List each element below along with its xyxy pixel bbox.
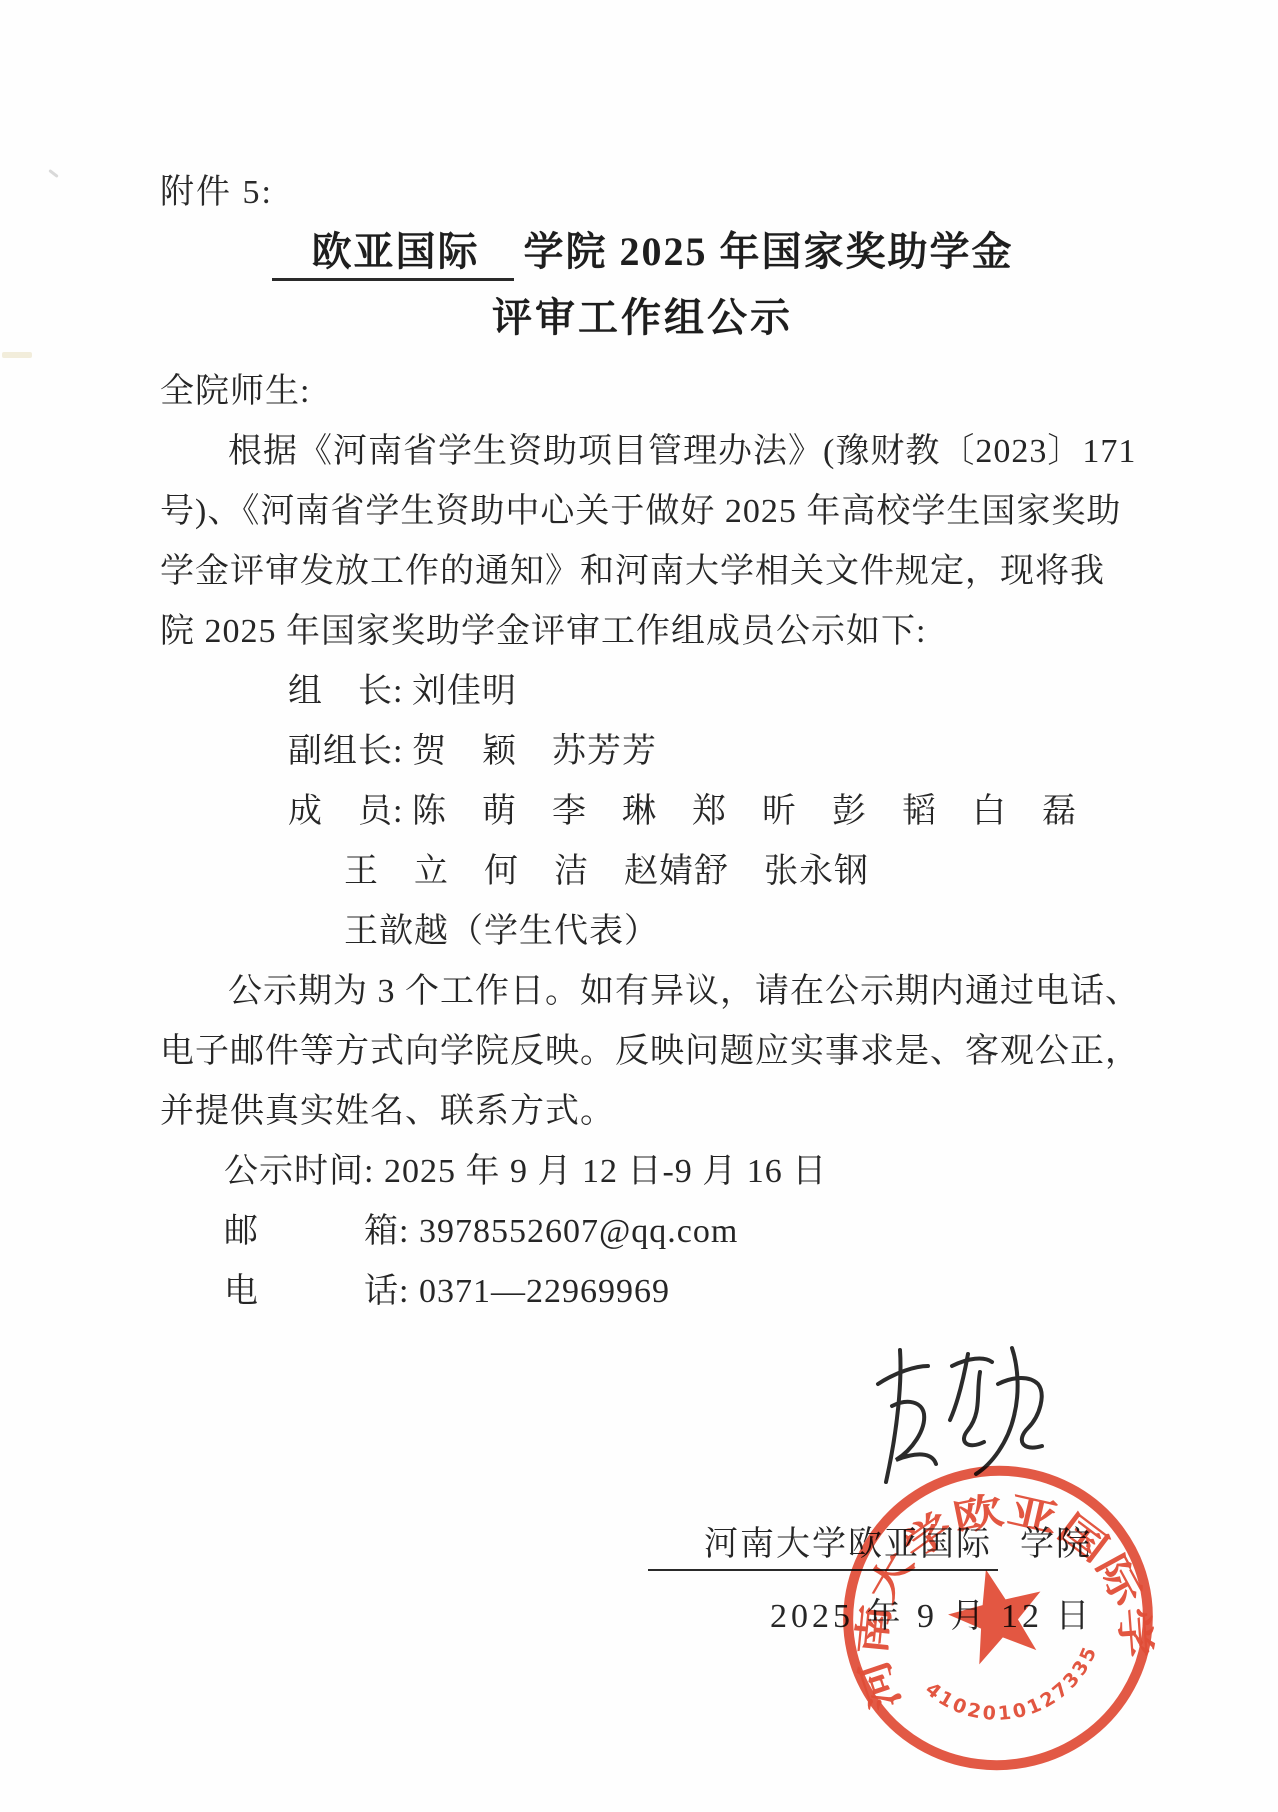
paragraph1-line4: 院 2025 年国家奖助学金评审工作组成员公示如下:: [160, 602, 1125, 662]
seal-code: 4102010127335: [918, 1637, 1114, 1744]
seal-star-icon: [940, 1558, 1054, 1669]
document-body: 全院师生: 根据《河南省学生资助项目管理办法》(豫财教〔2023〕171 号)、…: [160, 362, 1125, 1322]
paragraph1-line3: 学金评审发放工作的通知》和河南大学相关文件规定，现将我: [160, 542, 1125, 602]
paragraph1-line1: 根据《河南省学生资助项目管理办法》(豫财教〔2023〕171: [160, 422, 1125, 482]
roster-leader-names: 刘佳明: [412, 673, 517, 710]
contact-email-line: 邮 箱: 3978552607@qq.com: [160, 1202, 1125, 1262]
roster-member-names-1: 陈 萌 李 琳 郑 昕 彭 韬 白 磊: [412, 793, 1077, 830]
roster-leader-row: 组 长:刘佳明: [160, 662, 1125, 722]
title-rest: 学院 2025 年国家奖助学金: [524, 229, 1014, 274]
attachment-label: 附件 5:: [160, 170, 1125, 216]
roster-members-row2: 王 立 何 洁 赵婧舒 张永钢: [160, 842, 1125, 902]
paragraph2-line1: 公示期为 3 个工作日。如有异议，请在公示期内通过电话、: [160, 962, 1125, 1022]
scan-smudge: [2, 352, 32, 358]
paragraph1-line2: 号)、《河南省学生资助中心关于做好 2025 年高校学生国家奖助: [160, 482, 1125, 542]
document-title-line1: 欧亚国际学院 2025 年国家奖助学金: [160, 222, 1125, 282]
roster-leader-label: 组 长:: [224, 662, 412, 722]
roster-members-row3: 王歆越（学生代表）: [160, 902, 1125, 962]
roster-deputy-label: 副组长:: [224, 722, 412, 782]
svg-text:4102010127335: 4102010127335: [918, 1637, 1114, 1744]
publicity-period-line: 公示时间: 2025 年 9 月 12 日-9 月 16 日: [160, 1142, 1125, 1202]
document-title-line2: 评审工作组公示: [160, 290, 1125, 346]
paragraph2-line3: 并提供真实姓名、联系方式。: [160, 1082, 1125, 1142]
official-red-seal: 河南大学欧亚国际学院 4102010127335: [804, 1424, 1192, 1812]
roster-members-row1: 成 员:陈 萌 李 琳 郑 昕 彭 韬 白 磊: [160, 782, 1125, 842]
salutation: 全院师生:: [160, 362, 1125, 422]
document-content: 附件 5: 欧亚国际学院 2025 年国家奖助学金 评审工作组公示 全院师生: …: [160, 170, 1125, 1322]
roster-deputy-names: 贺 颖 苏芳芳: [412, 733, 657, 770]
contact-phone-line: 电 话: 0371—22969969: [160, 1262, 1125, 1322]
document-page: 附件 5: 欧亚国际学院 2025 年国家奖助学金 评审工作组公示 全院师生: …: [0, 0, 1278, 1812]
title-college-name-underlined: 欧亚国际: [272, 229, 514, 281]
paragraph2-line2: 电子邮件等方式向学院反映。反映问题应实事求是、客观公正，: [160, 1022, 1125, 1082]
scan-speck: [48, 169, 59, 178]
roster-deputy-row: 副组长:贺 颖 苏芳芳: [160, 722, 1125, 782]
roster-member-label: 成 员:: [224, 782, 412, 842]
